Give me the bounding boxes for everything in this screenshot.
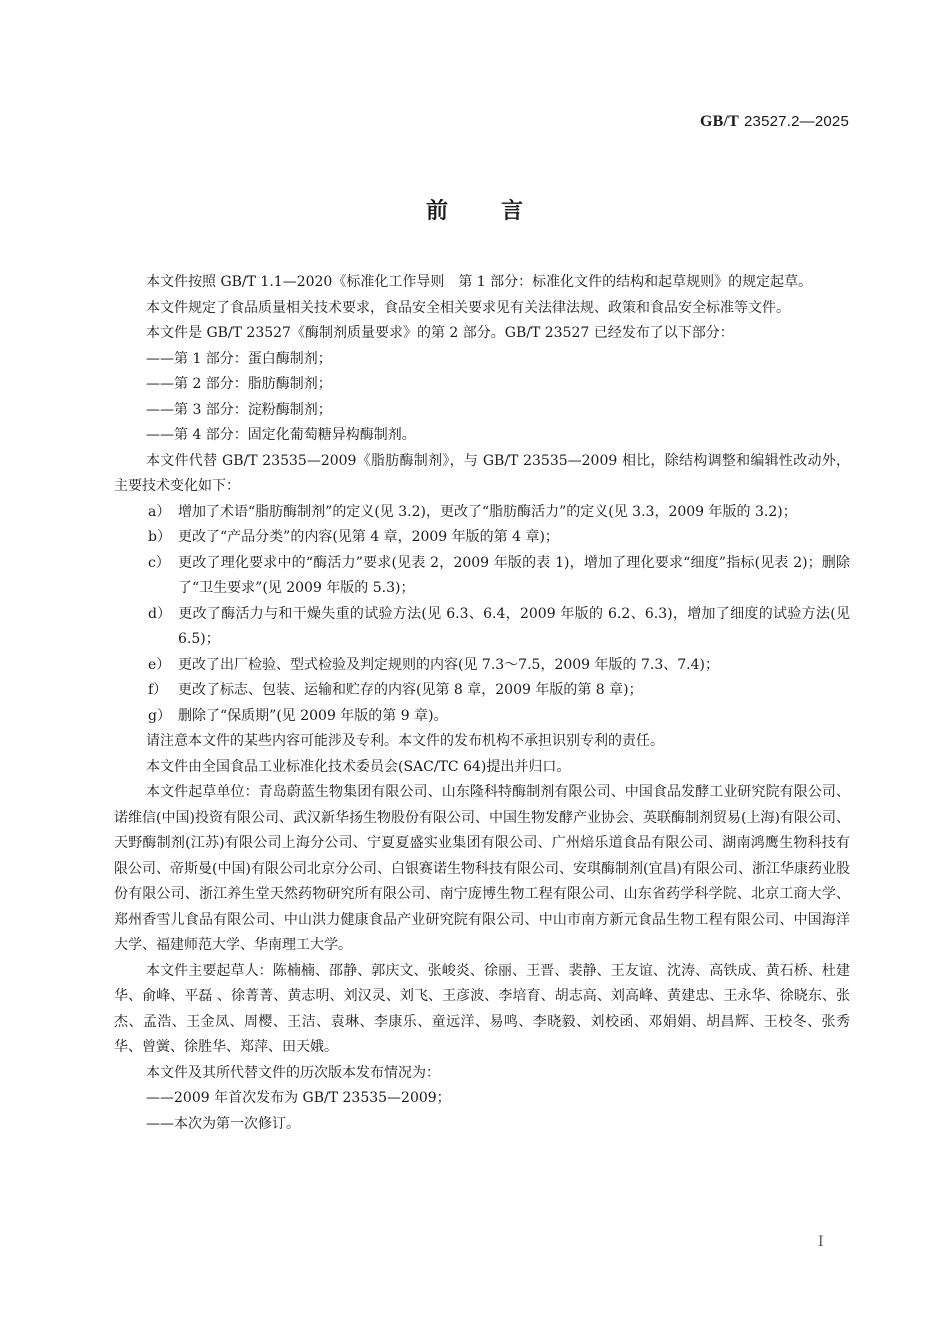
change-item-a: a）增加了术语“脂肪酶制剂”的定义(见 3.2)，更改了“脂肪酶活力”的定义(见… xyxy=(114,500,850,526)
change-item-e: e）更改了出厂检验、型式检验及判定规则的内容(见 7.3～7.5，2009 年版… xyxy=(114,653,850,679)
standard-prefix: GB/T xyxy=(700,113,739,130)
list-item-part-1: ——第 1 部分：蛋白酶制剂； xyxy=(114,347,850,373)
paragraph-patent-notice: 请注意本文件的某些内容可能涉及专利。本文件的发布机构不承担识别专利的责任。 xyxy=(114,729,850,755)
list-item-part-3: ——第 3 部分：淀粉酶制剂； xyxy=(114,398,850,424)
change-item-c: c）更改了理化要求中的“酶活力”要求(见表 2，2009 年版的表 1)，增加了… xyxy=(114,551,850,602)
paragraph-drafting-units: 本文件起草单位：青岛蔚蓝生物集团有限公司、山东隆科特酶制剂有限公司、中国食品发酵… xyxy=(114,780,850,959)
standard-number: GB/T 23527.2—2025 xyxy=(700,112,849,131)
page-number: I xyxy=(818,1234,824,1250)
change-item-g: g）删除了“保质期”(见 2009 年版的第 9 章)。 xyxy=(114,704,850,730)
title-char-2: 言 xyxy=(501,194,524,225)
list-item-part-4: ——第 4 部分：固定化葡萄糖异构酶制剂。 xyxy=(114,423,850,449)
change-label: a） xyxy=(148,500,178,526)
paragraph-drafters: 本文件主要起草人：陈楠楠、邵静、郭庆文、张峻炎、徐丽、王晋、裴静、王友谊、沈涛、… xyxy=(114,959,850,1061)
standard-code: 23527.2—2025 xyxy=(744,113,849,130)
change-item-d: d）更改了酶活力与和干燥失重的试验方法(见 6.3、6.4，2009 年版的 6… xyxy=(114,602,850,653)
change-item-b: b）更改了“产品分类”的内容(见第 4 章，2009 年版的第 4 章)； xyxy=(114,525,850,551)
paragraph-scope: 本文件规定了食品质量相关技术要求，食品安全相关要求见有关法律法规、政策和食品安全… xyxy=(114,296,850,322)
change-label: b） xyxy=(148,525,178,551)
change-text: 增加了术语“脂肪酶制剂”的定义(见 3.2)，更改了“脂肪酶活力”的定义(见 3… xyxy=(178,504,797,520)
change-label: c） xyxy=(148,551,178,577)
change-text: 更改了理化要求中的“酶活力”要求(见表 2，2009 年版的表 1)，增加了理化… xyxy=(178,555,850,597)
paragraph-drafting-rules: 本文件按照 GB/T 1.1—2020《标准化工作导则 第 1 部分：标准化文件… xyxy=(114,270,850,296)
change-label: d） xyxy=(148,602,178,628)
list-item-part-2: ——第 2 部分：脂肪酶制剂； xyxy=(114,372,850,398)
change-text: 更改了酶活力与和干燥失重的试验方法(见 6.3、6.4，2009 年版的 6.2… xyxy=(178,606,850,648)
change-text: 删除了“保质期”(见 2009 年版的第 9 章)。 xyxy=(178,708,448,724)
list-item-history-2: ——本次为第一次修订。 xyxy=(114,1112,850,1138)
change-label: e） xyxy=(148,653,178,679)
paragraph-parts-intro: 本文件是 GB/T 23527《酶制剂质量要求》的第 2 部分。GB/T 235… xyxy=(114,321,850,347)
title-char-1: 前 xyxy=(426,194,449,225)
change-item-f: f）更改了标志、包装、运输和贮存的内容(见第 8 章，2009 年版的第 8 章… xyxy=(114,678,850,704)
change-text: 更改了标志、包装、运输和贮存的内容(见第 8 章，2009 年版的第 8 章)； xyxy=(178,682,643,698)
paragraph-history-intro: 本文件及其所代替文件的历次版本发布情况为： xyxy=(114,1061,850,1087)
foreword-body: 本文件按照 GB/T 1.1—2020《标准化工作导则 第 1 部分：标准化文件… xyxy=(114,270,850,1137)
change-label: g） xyxy=(148,704,178,730)
list-item-history-1: ——2009 年首次发布为 GB/T 23535—2009； xyxy=(114,1086,850,1112)
change-text: 更改了“产品分类”的内容(见第 4 章，2009 年版的第 4 章)； xyxy=(178,529,559,545)
paragraph-replacement: 本文件代替 GB/T 23535—2009《脂肪酶制剂》，与 GB/T 2353… xyxy=(114,449,850,500)
change-text: 更改了出厂检验、型式检验及判定规则的内容(见 7.3～7.5，2009 年版的 … xyxy=(178,657,719,673)
paragraph-proposer: 本文件由全国食品工业标准化技术委员会(SAC/TC 64)提出并归口。 xyxy=(114,755,850,781)
page-title: 前言 xyxy=(0,194,950,225)
change-label: f） xyxy=(148,678,178,704)
